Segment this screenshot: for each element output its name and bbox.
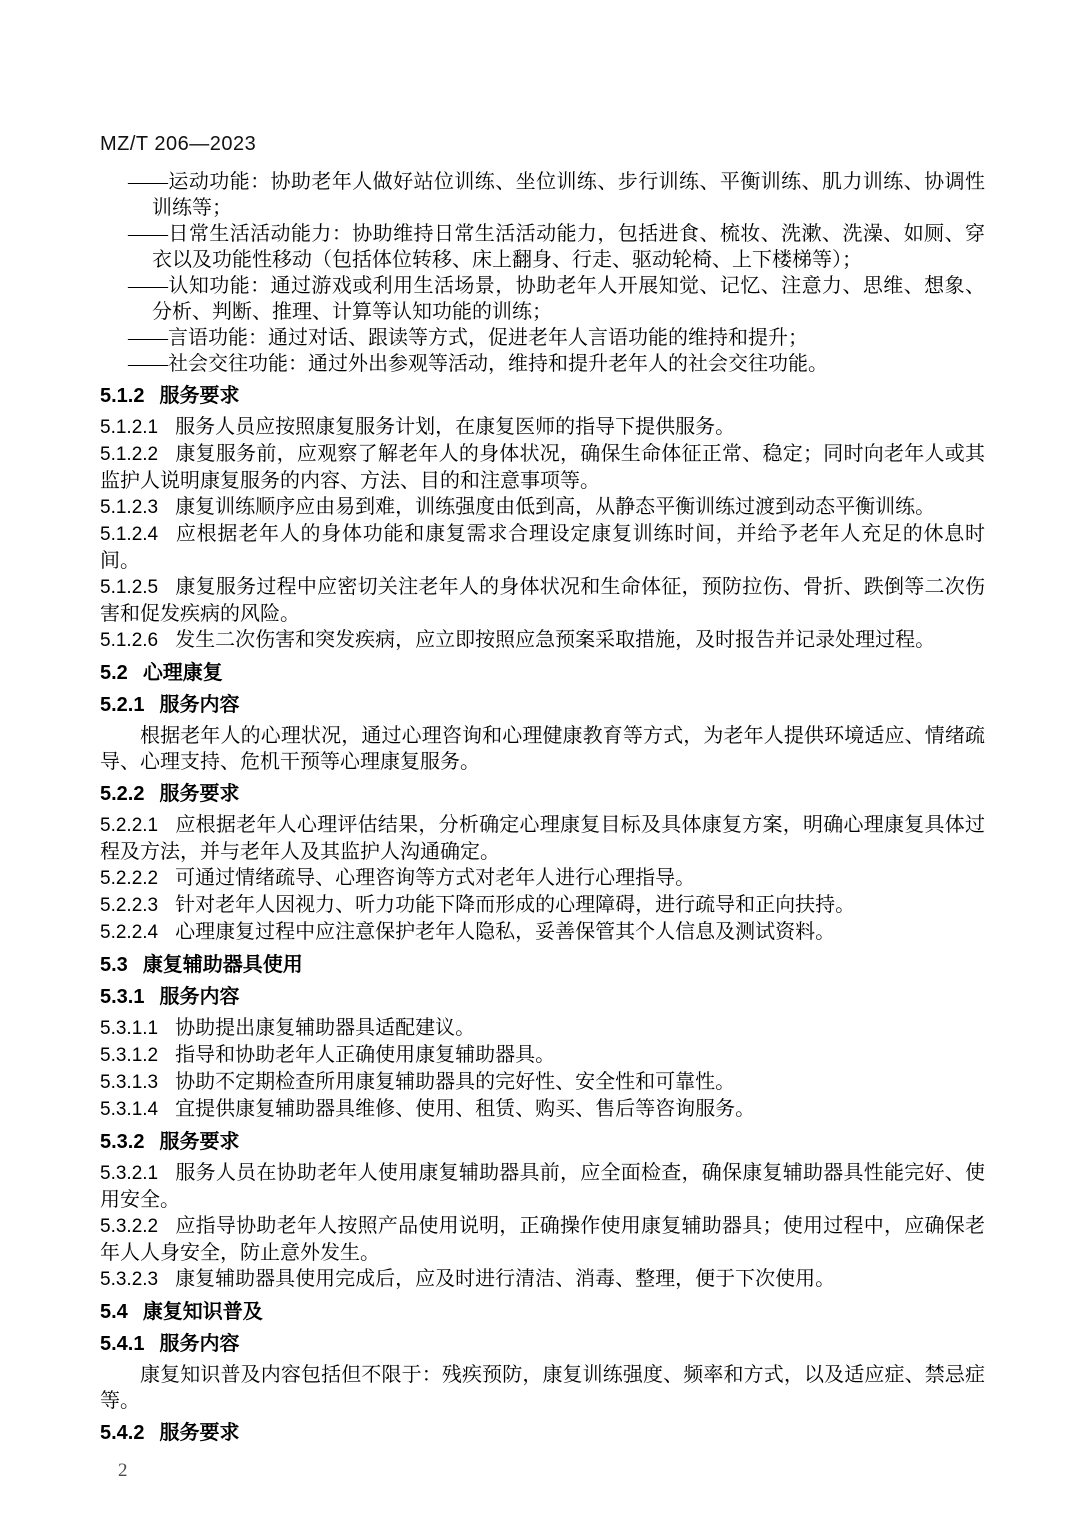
- clause-paragraph: 5.3.2.1服务人员在协助老年人使用康复辅助器具前，应全面检查，确保康复辅助器…: [100, 1160, 985, 1213]
- section-number: 5.2.2: [100, 783, 144, 805]
- clause-number: 5.2.2.1: [100, 815, 158, 836]
- section-title: 心理康复: [143, 662, 223, 684]
- section-heading: 5.2心理康复: [100, 660, 985, 686]
- section-number: 5.1.2: [100, 385, 144, 407]
- section-heading: 5.4康复知识普及: [100, 1299, 985, 1325]
- clause-number: 5.1.2.4: [100, 524, 158, 545]
- section-title: 服务要求: [159, 1131, 239, 1153]
- section-heading: 5.2.2服务要求: [100, 781, 985, 807]
- section-title: 服务内容: [159, 986, 239, 1008]
- clause-text: 发生二次伤害和突发疾病，应立即按照应急预案采取措施，及时报告并记录处理过程。: [175, 629, 935, 651]
- section-title: 康复知识普及: [143, 1301, 263, 1323]
- clause-number: 5.1.2.2: [100, 444, 158, 465]
- section-number: 5.4: [100, 1301, 128, 1323]
- section-heading: 5.3.1服务内容: [100, 984, 985, 1010]
- section-number: 5.3.1: [100, 986, 144, 1008]
- clause-text: 心理康复过程中应注意保护老年人隐私，妥善保管其个人信息及测试资料。: [175, 921, 835, 943]
- clause-paragraph: 5.2.2.3针对老年人因视力、听力功能下降而形成的心理障碍，进行疏导和正向扶持…: [100, 892, 985, 919]
- body-paragraph: 根据老年人的心理状况，通过心理咨询和心理健康教育等方式，为老年人提供环境适应、情…: [100, 723, 985, 775]
- clause-text: 应指导协助老年人按照产品使用说明，正确操作使用康复辅助器具；使用过程中，应确保老…: [100, 1215, 985, 1264]
- clause-paragraph: 5.2.2.2可通过情绪疏导、心理咨询等方式对老年人进行心理指导。: [100, 865, 985, 892]
- section-title: 服务要求: [159, 783, 239, 805]
- section-heading: 5.3.2服务要求: [100, 1129, 985, 1155]
- clause-text: 宜提供康复辅助器具维修、使用、租赁、购买、售后等咨询服务。: [175, 1098, 755, 1120]
- clause-paragraph: 5.1.2.5康复服务过程中应密切关注老年人的身体状况和生命体征，预防拉伤、骨折…: [100, 574, 985, 627]
- section-heading: 5.4.2服务要求: [100, 1420, 985, 1446]
- clause-number: 5.1.2.1: [100, 417, 158, 438]
- clause-text: 应根据老年人的身体功能和康复需求合理设定康复训练时间，并给予老年人充足的休息时间…: [100, 523, 985, 572]
- clause-paragraph: 5.1.2.4应根据老年人的身体功能和康复需求合理设定康复训练时间，并给予老年人…: [100, 521, 985, 574]
- clause-paragraph: 5.2.2.1应根据老年人心理评估结果，分析确定心理康复目标及具体康复方案，明确…: [100, 812, 985, 865]
- clause-text: 康复训练顺序应由易到难，训练强度由低到高，从静态平衡训练过渡到动态平衡训练。: [175, 496, 935, 518]
- dash-list-item: ——社会交往功能：通过外出参观等活动，维持和提升老年人的社会交往功能。: [100, 351, 985, 377]
- clause-paragraph: 5.1.2.1服务人员应按照康复服务计划，在康复医师的指导下提供服务。: [100, 414, 985, 441]
- page-number: 2: [100, 1458, 985, 1484]
- clause-number: 5.3.2.2: [100, 1216, 158, 1237]
- clause-number: 5.3.1.4: [100, 1099, 158, 1120]
- clause-paragraph: 5.1.2.6发生二次伤害和突发疾病，应立即按照应急预案采取措施，及时报告并记录…: [100, 627, 985, 654]
- clause-number: 5.3.2.1: [100, 1163, 158, 1184]
- clause-paragraph: 5.2.2.4心理康复过程中应注意保护老年人隐私，妥善保管其个人信息及测试资料。: [100, 919, 985, 946]
- section-heading: 5.1.2服务要求: [100, 383, 985, 409]
- section-number: 5.2: [100, 662, 128, 684]
- clause-paragraph: 5.3.1.4宜提供康复辅助器具维修、使用、租赁、购买、售后等咨询服务。: [100, 1096, 985, 1123]
- clause-text: 服务人员在协助老年人使用康复辅助器具前，应全面检查，确保康复辅助器具性能完好、使…: [100, 1162, 985, 1211]
- clause-number: 5.2.2.2: [100, 868, 158, 889]
- clause-number: 5.3.1.2: [100, 1045, 158, 1066]
- section-number: 5.4.1: [100, 1333, 144, 1355]
- dash-list-item: ——认知功能：通过游戏或利用生活场景，协助老年人开展知觉、记忆、注意力、思维、想…: [100, 273, 985, 325]
- clause-number: 5.1.2.6: [100, 630, 158, 651]
- section-number: 5.3.2: [100, 1131, 144, 1153]
- clause-text: 康复服务过程中应密切关注老年人的身体状况和生命体征，预防拉伤、骨折、跌倒等二次伤…: [100, 576, 985, 625]
- doc-number-header: MZ/T 206—2023: [100, 133, 985, 156]
- clause-paragraph: 5.3.1.2指导和协助老年人正确使用康复辅助器具。: [100, 1042, 985, 1069]
- clause-paragraph: 5.3.2.3康复辅助器具使用完成后，应及时进行清洁、消毒、整理，便于下次使用。: [100, 1266, 985, 1293]
- section-title: 服务内容: [159, 694, 239, 716]
- clause-text: 康复辅助器具使用完成后，应及时进行清洁、消毒、整理，便于下次使用。: [175, 1268, 835, 1290]
- clause-paragraph: 5.1.2.3康复训练顺序应由易到难，训练强度由低到高，从静态平衡训练过渡到动态…: [100, 494, 985, 521]
- section-title: 服务要求: [159, 1422, 239, 1444]
- body-paragraph: 康复知识普及内容包括但不限于：残疾预防，康复训练强度、频率和方式，以及适应症、禁…: [100, 1362, 985, 1414]
- section-heading: 5.2.1服务内容: [100, 692, 985, 718]
- clause-number: 5.3.2.3: [100, 1269, 158, 1290]
- clause-paragraph: 5.3.2.2应指导协助老年人按照产品使用说明，正确操作使用康复辅助器具；使用过…: [100, 1213, 985, 1266]
- section-title: 服务内容: [159, 1333, 239, 1355]
- clause-text: 康复服务前，应观察了解老年人的身体状况，确保生命体征正常、稳定；同时向老年人或其…: [100, 443, 985, 492]
- clause-text: 协助不定期检查所用康复辅助器具的完好性、安全性和可靠性。: [175, 1071, 735, 1093]
- clause-text: 服务人员应按照康复服务计划，在康复医师的指导下提供服务。: [175, 416, 735, 438]
- section-number: 5.4.2: [100, 1422, 144, 1444]
- clause-text: 可通过情绪疏导、心理咨询等方式对老年人进行心理指导。: [175, 867, 695, 889]
- clause-text: 应根据老年人心理评估结果，分析确定心理康复目标及具体康复方案，明确心理康复具体过…: [100, 814, 985, 863]
- clause-paragraph: 5.3.1.3协助不定期检查所用康复辅助器具的完好性、安全性和可靠性。: [100, 1069, 985, 1096]
- dash-list-item: ——日常生活活动能力：协助维持日常生活活动能力，包括进食、梳妆、洗漱、洗澡、如厕…: [100, 221, 985, 273]
- clause-text: 协助提出康复辅助器具适配建议。: [175, 1017, 475, 1039]
- clause-number: 5.2.2.4: [100, 922, 158, 943]
- dash-list-item: ——运动功能：协助老年人做好站位训练、坐位训练、步行训练、平衡训练、肌力训练、协…: [100, 169, 985, 221]
- clause-paragraph: 5.3.1.1协助提出康复辅助器具适配建议。: [100, 1015, 985, 1042]
- section-heading: 5.3康复辅助器具使用: [100, 952, 985, 978]
- section-title: 服务要求: [159, 385, 239, 407]
- document-body: ——运动功能：协助老年人做好站位训练、坐位训练、步行训练、平衡训练、肌力训练、协…: [100, 169, 985, 1446]
- section-number: 5.2.1: [100, 694, 144, 716]
- section-number: 5.3: [100, 954, 128, 976]
- clause-number: 5.1.2.5: [100, 577, 158, 598]
- clause-number: 5.1.2.3: [100, 497, 158, 518]
- clause-number: 5.3.1.3: [100, 1072, 158, 1093]
- clause-number: 5.3.1.1: [100, 1018, 158, 1039]
- section-heading: 5.4.1服务内容: [100, 1331, 985, 1357]
- dash-list-item: ——言语功能：通过对话、跟读等方式，促进老年人言语功能的维持和提升；: [100, 325, 985, 351]
- clause-paragraph: 5.1.2.2康复服务前，应观察了解老年人的身体状况，确保生命体征正常、稳定；同…: [100, 441, 985, 494]
- document-page: MZ/T 206—2023 ——运动功能：协助老年人做好站位训练、坐位训练、步行…: [0, 0, 1080, 1527]
- clause-text: 指导和协助老年人正确使用康复辅助器具。: [175, 1044, 555, 1066]
- clause-number: 5.2.2.3: [100, 895, 158, 916]
- section-title: 康复辅助器具使用: [143, 954, 303, 976]
- clause-text: 针对老年人因视力、听力功能下降而形成的心理障碍，进行疏导和正向扶持。: [175, 894, 855, 916]
